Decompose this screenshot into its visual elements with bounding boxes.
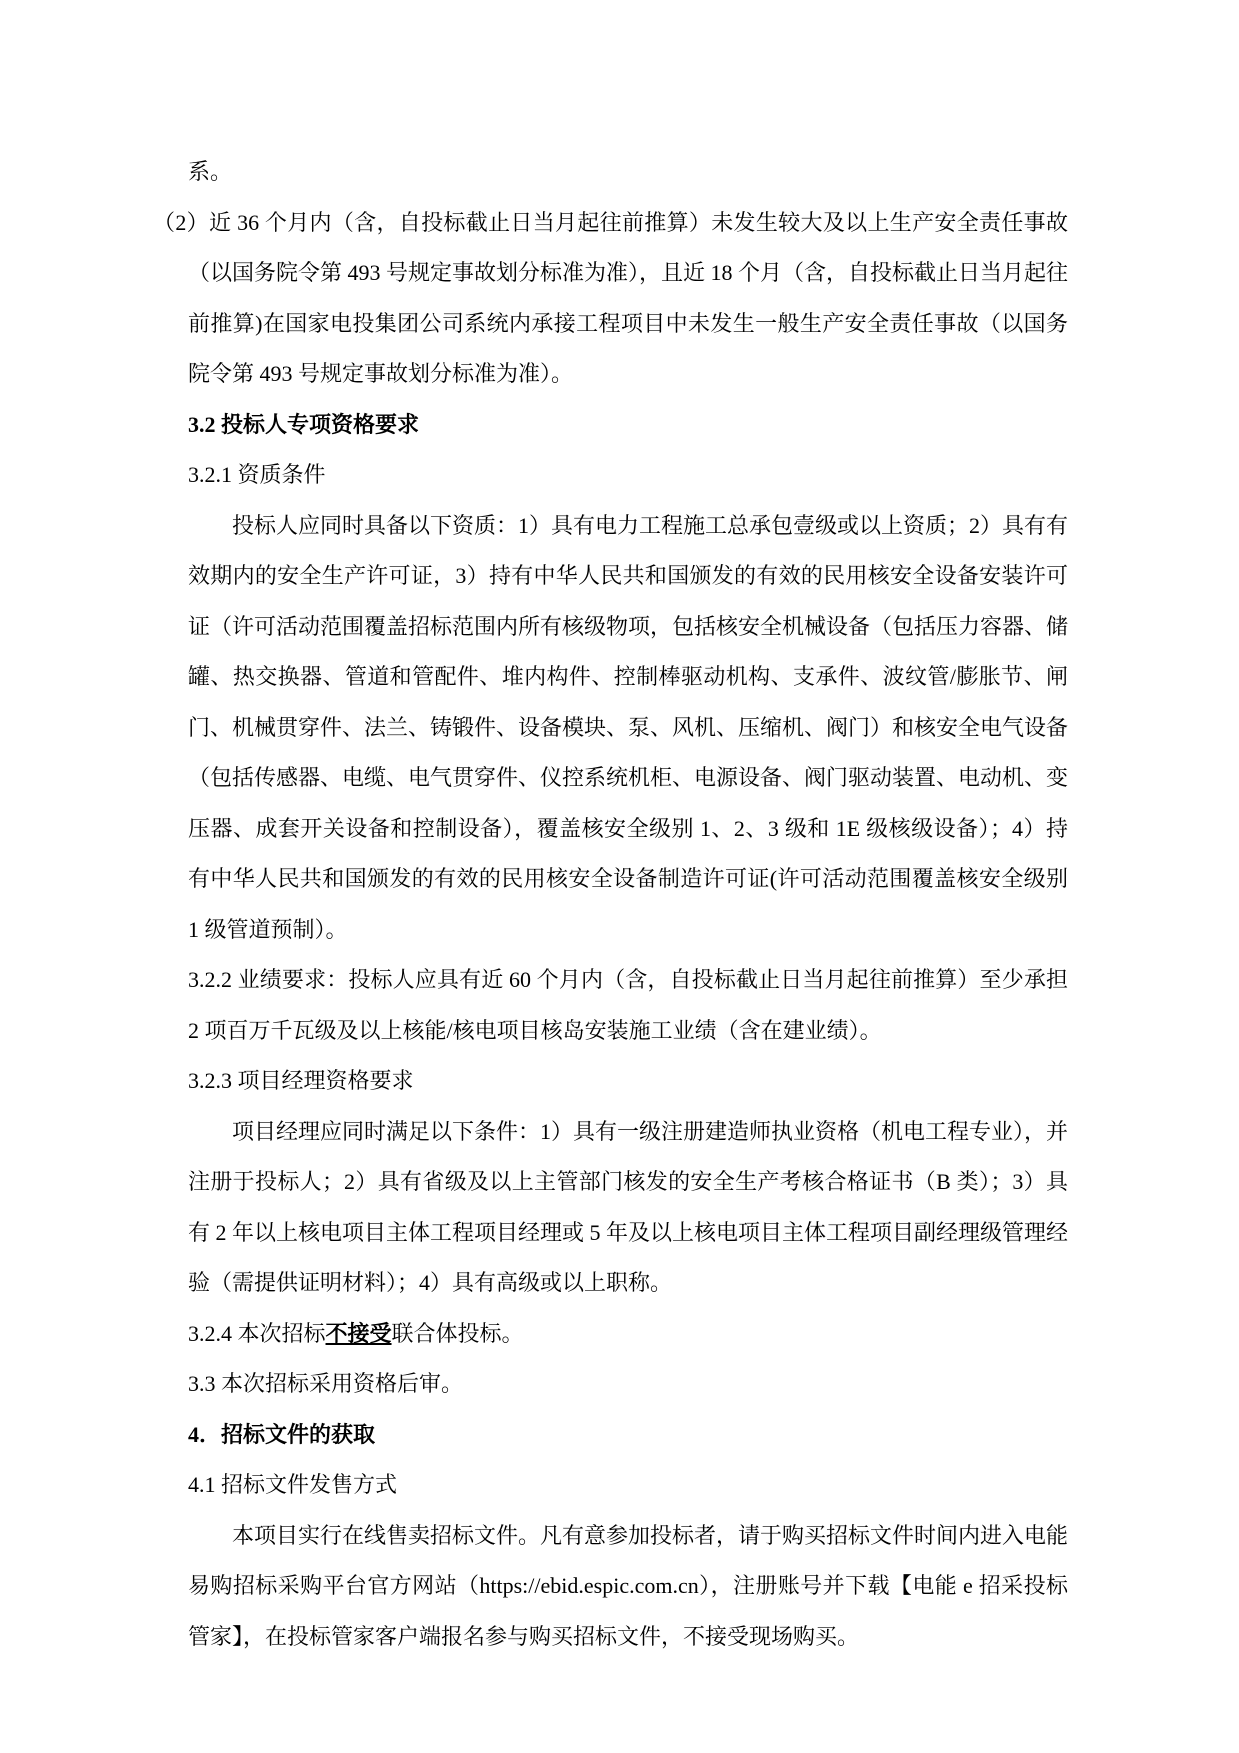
paragraph-3-2-2: 3.2.2 业绩要求：投标人应具有近 60 个月内（含，自投标截止日当月起往前推… — [188, 955, 1068, 1056]
heading-4: 4．招标文件的获取 — [188, 1410, 1068, 1461]
paragraph-3-2-3: 项目经理应同时满足以下条件：1）具有一级注册建造师执业资格（机电工程专业），并注… — [188, 1107, 1068, 1309]
heading-3-2: 3.2 投标人专项资格要求 — [188, 400, 1068, 451]
heading-3-2-3: 3.2.3 项目经理资格要求 — [188, 1056, 1068, 1107]
heading-4-1: 4.1 招标文件发售方式 — [188, 1460, 1068, 1511]
clause-3-3: 3.3 本次招标采用资格后审。 — [188, 1359, 1068, 1410]
clause-3-2-4-emphasis: 不接受 — [326, 1321, 392, 1346]
clause-3-2-4: 3.2.4 本次招标不接受联合体投标。 — [188, 1309, 1068, 1360]
clause-3-2-4-prefix: 3.2.4 本次招标 — [188, 1321, 326, 1346]
heading-3-2-1: 3.2.1 资质条件 — [188, 450, 1068, 501]
continuation-line: 系。 — [188, 147, 1068, 198]
clause-3-2-4-suffix: 联合体投标。 — [392, 1321, 524, 1346]
paragraph-4-1: 本项目实行在线售卖招标文件。凡有意参加投标者，请于购买招标文件时间内进入电能易购… — [188, 1511, 1068, 1663]
paragraph-3-2-1: 投标人应同时具备以下资质：1）具有电力工程施工总承包壹级或以上资质；2）具有有效… — [188, 501, 1068, 956]
list-item-2: （2）近 36 个月内（含，自投标截止日当月起往前推算）未发生较大及以上生产安全… — [188, 198, 1068, 400]
document-page: 系。 （2）近 36 个月内（含，自投标截止日当月起往前推算）未发生较大及以上生… — [0, 0, 1239, 1753]
